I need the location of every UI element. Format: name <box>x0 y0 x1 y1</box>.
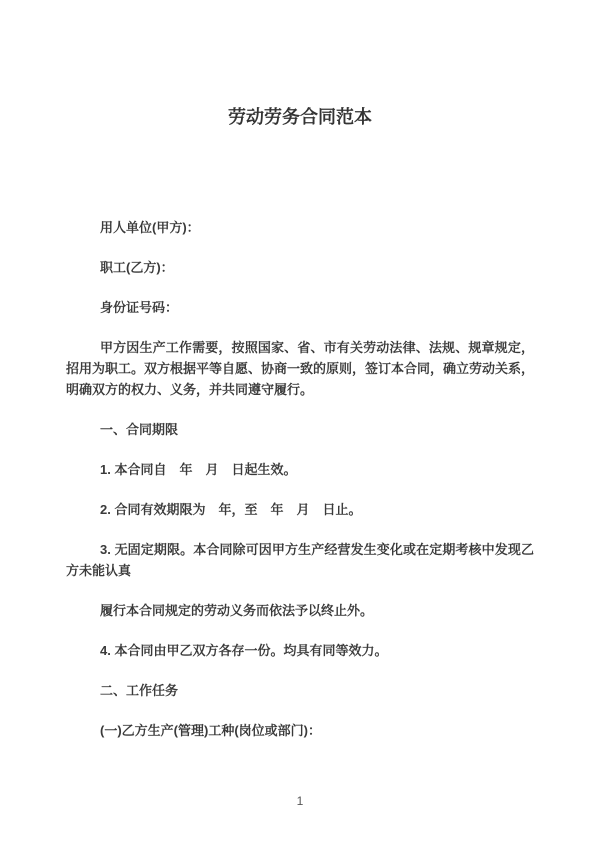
document-title: 劳动劳务合同范本 <box>66 104 534 130</box>
clause-1-2: 2. 合同有效期限为 年，至 年 月 日止。 <box>66 499 534 520</box>
contract-document-page: 劳动劳务合同范本 用人单位(甲方)： 职工(乙方)： 身份证号码： 甲方因生产工… <box>0 0 600 848</box>
clause-1-3-continuation: 履行本合同规定的劳动义务而依法予以终止外。 <box>66 600 534 621</box>
field-id-number: 身份证号码： <box>66 297 534 318</box>
clause-2-1: (一)乙方生产(管理)工种(岗位或部门)： <box>66 720 534 741</box>
field-employee-party-b: 职工(乙方)： <box>66 257 534 278</box>
section-1-heading: 一、合同期限 <box>66 419 534 440</box>
clause-1-4: 4. 本合同由甲乙双方各存一份。均具有同等效力。 <box>66 640 534 661</box>
field-employer-party-a: 用人单位(甲方)： <box>66 217 534 238</box>
section-2-heading: 二、工作任务 <box>66 680 534 701</box>
intro-paragraph: 甲方因生产工作需要，按照国家、省、市有关劳动法律、法规、规章规定，招用为职工。双… <box>66 337 534 400</box>
clause-1-1: 1. 本合同自 年 月 日起生效。 <box>66 459 534 480</box>
page-number: 1 <box>66 793 534 809</box>
clause-1-3: 3. 无固定期限。本合同除可因甲方生产经营发生变化或在定期考核中发现乙方未能认真 <box>66 539 534 581</box>
